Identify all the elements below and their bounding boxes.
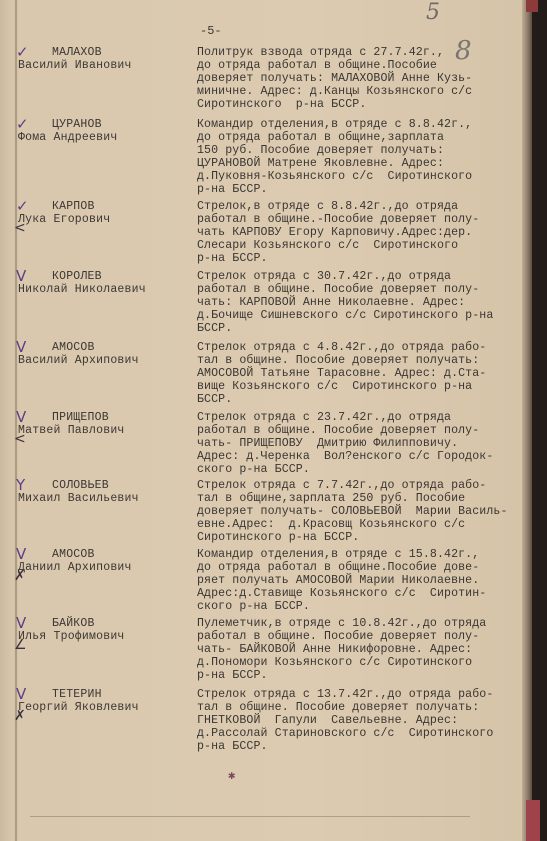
- entry-surname: МАЛАХОВ: [52, 46, 102, 59]
- entry-given-names: Лука Егорович: [18, 213, 110, 226]
- ink-mark: ✱: [228, 768, 235, 783]
- entry-surname: ТЕТЕРИН: [52, 688, 102, 701]
- entry-surname: КАРПОВ: [52, 200, 95, 213]
- entry-given-names: Илья Трофимович: [18, 630, 125, 643]
- entry-given-names: Василий Архипович: [18, 354, 139, 367]
- entry-surname: АМОСОВ: [52, 341, 95, 354]
- entry-description: Стрелок отряда с 4.8.42г.,до отряда рабо…: [197, 341, 486, 406]
- entry-given-names: Матвей Павлович: [18, 424, 125, 437]
- entry-description: Стрелок отряда с 23.7.42г.,до отряда раб…: [197, 411, 493, 476]
- paper-crease: [30, 816, 470, 817]
- entry-given-names: Фома Андреевич: [18, 131, 117, 144]
- page-marker: -5-: [200, 24, 222, 38]
- entry-given-names: Георгий Яковлевич: [18, 701, 139, 714]
- entry-description: Политрук взвода отряда с 27.7.42г., до о…: [197, 46, 472, 111]
- entry-description: Стрелок,в отряде с 8.8.42г.,до отряда ра…: [197, 200, 479, 265]
- entry-description: Пулеметчик,в отряде с 10.8.42г.,до отряд…: [197, 617, 486, 682]
- entry-description: Стрелок отряда с 30.7.42г.,до отряда раб…: [197, 270, 493, 335]
- document-page: -5- 5 8 ✓ МАЛАХОВ Василий Иванович Полит…: [0, 0, 522, 841]
- entry-surname: ПРИЩЕПОВ: [52, 411, 109, 424]
- entry-surname: БАЙКОВ: [52, 617, 95, 630]
- entry-given-names: Михаил Васильевич: [18, 492, 139, 505]
- archive-sheet-number: 5: [426, 0, 440, 25]
- entry-given-names: Василий Иванович: [18, 59, 132, 72]
- entry-given-names: Николай Николаевич: [18, 283, 146, 296]
- binder-red-corner-top: [526, 0, 538, 12]
- page-stack-edge: [522, 0, 532, 841]
- binder-red-corner-bottom: [526, 800, 540, 841]
- binder-cover: [532, 0, 547, 841]
- entry-description: Командир отделения,в отряде с 15.8.42г.,…: [197, 548, 486, 613]
- entry-description: Стрелок отряда с 7.7.42г.,до отряда рабо…: [197, 479, 508, 544]
- entry-surname: ЦУРАНОВ: [52, 118, 102, 131]
- entry-description: Стрелок отряда с 13.7.42г.,до отряда раб…: [197, 688, 493, 753]
- entry-surname: СОЛОВЬЕВ: [52, 479, 109, 492]
- entry-surname: КОРОЛЕВ: [52, 270, 102, 283]
- entry-given-names: Даниил Архипович: [18, 561, 132, 574]
- entry-surname: АМОСОВ: [52, 548, 95, 561]
- entry-description: Командир отделения,в отряде с 8.8.42г., …: [197, 118, 472, 196]
